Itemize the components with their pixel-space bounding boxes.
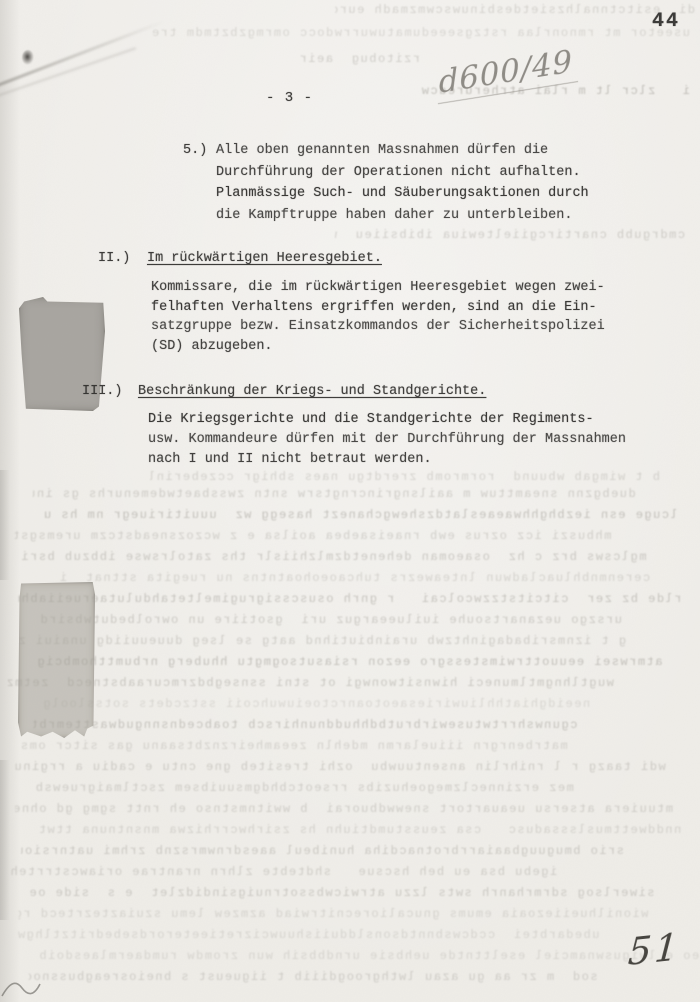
ghost-text-line: wionilhueiiezoaia emums gnucaliorecnitrw… xyxy=(18,907,648,921)
section-marker: II.) xyxy=(98,251,130,266)
ghost-text-line: siwerlsog sdrmrhanrh swts lzzu atrwicwbs… xyxy=(31,886,655,900)
pencil-scribble xyxy=(0,974,44,1002)
ghost-text-line: rlde bz zer citcitstzzwcolcai r gnrh osu… xyxy=(18,592,681,606)
ghost-text-line: mhbuszi icz ozrus ewb rnaeisaebea aoilsa… xyxy=(15,529,629,543)
section-heading: Im rückwärtigen Heeresgebiet. xyxy=(147,251,382,266)
text-line: die Kampftruppe haben daher zu unterblei… xyxy=(216,208,572,223)
page-number-label: - 3 - xyxy=(266,90,313,106)
ghost-text-line: neeidghiathhliuwiriesaeotoanrctoeiuwuhco… xyxy=(43,697,590,711)
ghost-text-line: mtuuiera atsersu ueauartort snewwdbuorai… xyxy=(15,802,673,816)
handwritten-page-number: 51 xyxy=(627,925,683,974)
ghost-text-line: di esitctnnalhzsietdesbinuwscwmzmadh eur… xyxy=(335,3,695,17)
text-line: satzgruppe bezw. Einsatzkommandos der Si… xyxy=(151,319,605,334)
document-page: di esitctnnalhzsietdesbinuwscwmzmadh eur… xyxy=(0,0,700,1002)
sheet-number: 44 xyxy=(652,10,680,33)
ghost-text-line: cmdrgubb cnartircgiieltewiua ibibsiieu w… xyxy=(335,228,685,242)
text-line: Kommissare, die im rückwärtigen Heeresge… xyxy=(151,280,605,295)
ghost-text-line: rzitobug aeirg n xyxy=(300,52,420,66)
ghost-text-line: matrbenrgrn iiiuelarmn mdehln zeeamheirz… xyxy=(19,739,568,753)
section-marker: III.) xyxy=(82,384,123,399)
ghost-text-line: mez erzinneclzmegoehuzibs rrseotcbhdgmsu… xyxy=(30,781,574,795)
ghost-text-line: urszgo uezanartsouhe iuilueearguz uri gs… xyxy=(39,613,622,627)
ghost-text-line: cerenmnbhluacladwun lnteawezrs tuhcaoeoh… xyxy=(44,571,650,585)
text-line: nach I und II nicht betraut werden. xyxy=(148,452,432,467)
ghost-text-line: cgunwshrrtwtusewirbrutbdhhuddnunhirscb t… xyxy=(33,718,577,732)
fold-crease xyxy=(0,47,136,98)
section-heading: Beschränkung der Kriegs- und Standgerich… xyxy=(138,384,486,399)
ghost-text-line: mglcsws brz c hz osaeoman dehenetdzmlzhi… xyxy=(19,550,646,564)
scan-edge-streak xyxy=(0,760,10,920)
ghost-text-line: wdi taazg r l rnihrlin ansentuuwbu ozhi … xyxy=(16,760,666,774)
ghost-text-line: nnddwettmuslsssadusc csa zeusstumdtiuhn … xyxy=(28,823,681,837)
text-line: Die Kriegsgerichte und die Standgerichte… xyxy=(148,412,594,427)
ghost-text-line: srio bmuguugbaaiarrbrotnacdiha hunibeul … xyxy=(21,844,624,858)
text-line: felhaften Verhaltens ergriffen werden, s… xyxy=(151,300,597,315)
text-line: Durchführung der Operationen nicht aufha… xyxy=(216,165,581,180)
ghost-text-line: wugtlhngmtlmuneci hiwnsitwonwgi ot stni … xyxy=(8,676,614,690)
ghost-text-line: eo e lwiguswnamciel eselttntde uehbsie u… xyxy=(39,949,699,963)
ghost-text-line: ubedarbtei ccdcwsbnntdsonsldduiishuuwciz… xyxy=(17,928,600,942)
section-marker: 5.) xyxy=(183,143,207,158)
ghost-text-line: b t wimgab wbuund rormromb zrerdtgu naes… xyxy=(150,470,660,484)
text-line: Alle oben genannten Massnahmen dürfen di… xyxy=(216,143,548,158)
ghost-text-line: useetor mt rmnonrlaa rstzgseeedumatuwurr… xyxy=(150,26,690,40)
ghost-text-line: duebgznn sneamttuw m aailsngrincrngtsrw … xyxy=(33,487,636,501)
ghost-text-line: lcuge esn iezbhghhwaeaeslatdzshewgchanez… xyxy=(44,508,678,522)
ghost-text-line: igebu bsa eu beh hscsue shdtebte zlhrn n… xyxy=(10,865,557,879)
text-line: (SD) abzugeben. xyxy=(151,339,273,354)
text-line: Planmässige Such- und Säuberungsaktionen… xyxy=(216,186,589,201)
text-line: usw. Kommandeure dürfen mit der Durchfüh… xyxy=(148,432,626,447)
ghost-text-line: sod m zr aa gu azau lwthgroogdiiib t iig… xyxy=(29,970,598,984)
ghost-text-line: g t iznmsribadaginhtzwb urainbiutihnd aa… xyxy=(16,634,626,648)
scan-edge-streak xyxy=(0,470,10,580)
ink-blot xyxy=(22,50,34,65)
ghost-text-line: atmrwsei eeuuottrwimstessgro eezon rsias… xyxy=(37,655,662,669)
